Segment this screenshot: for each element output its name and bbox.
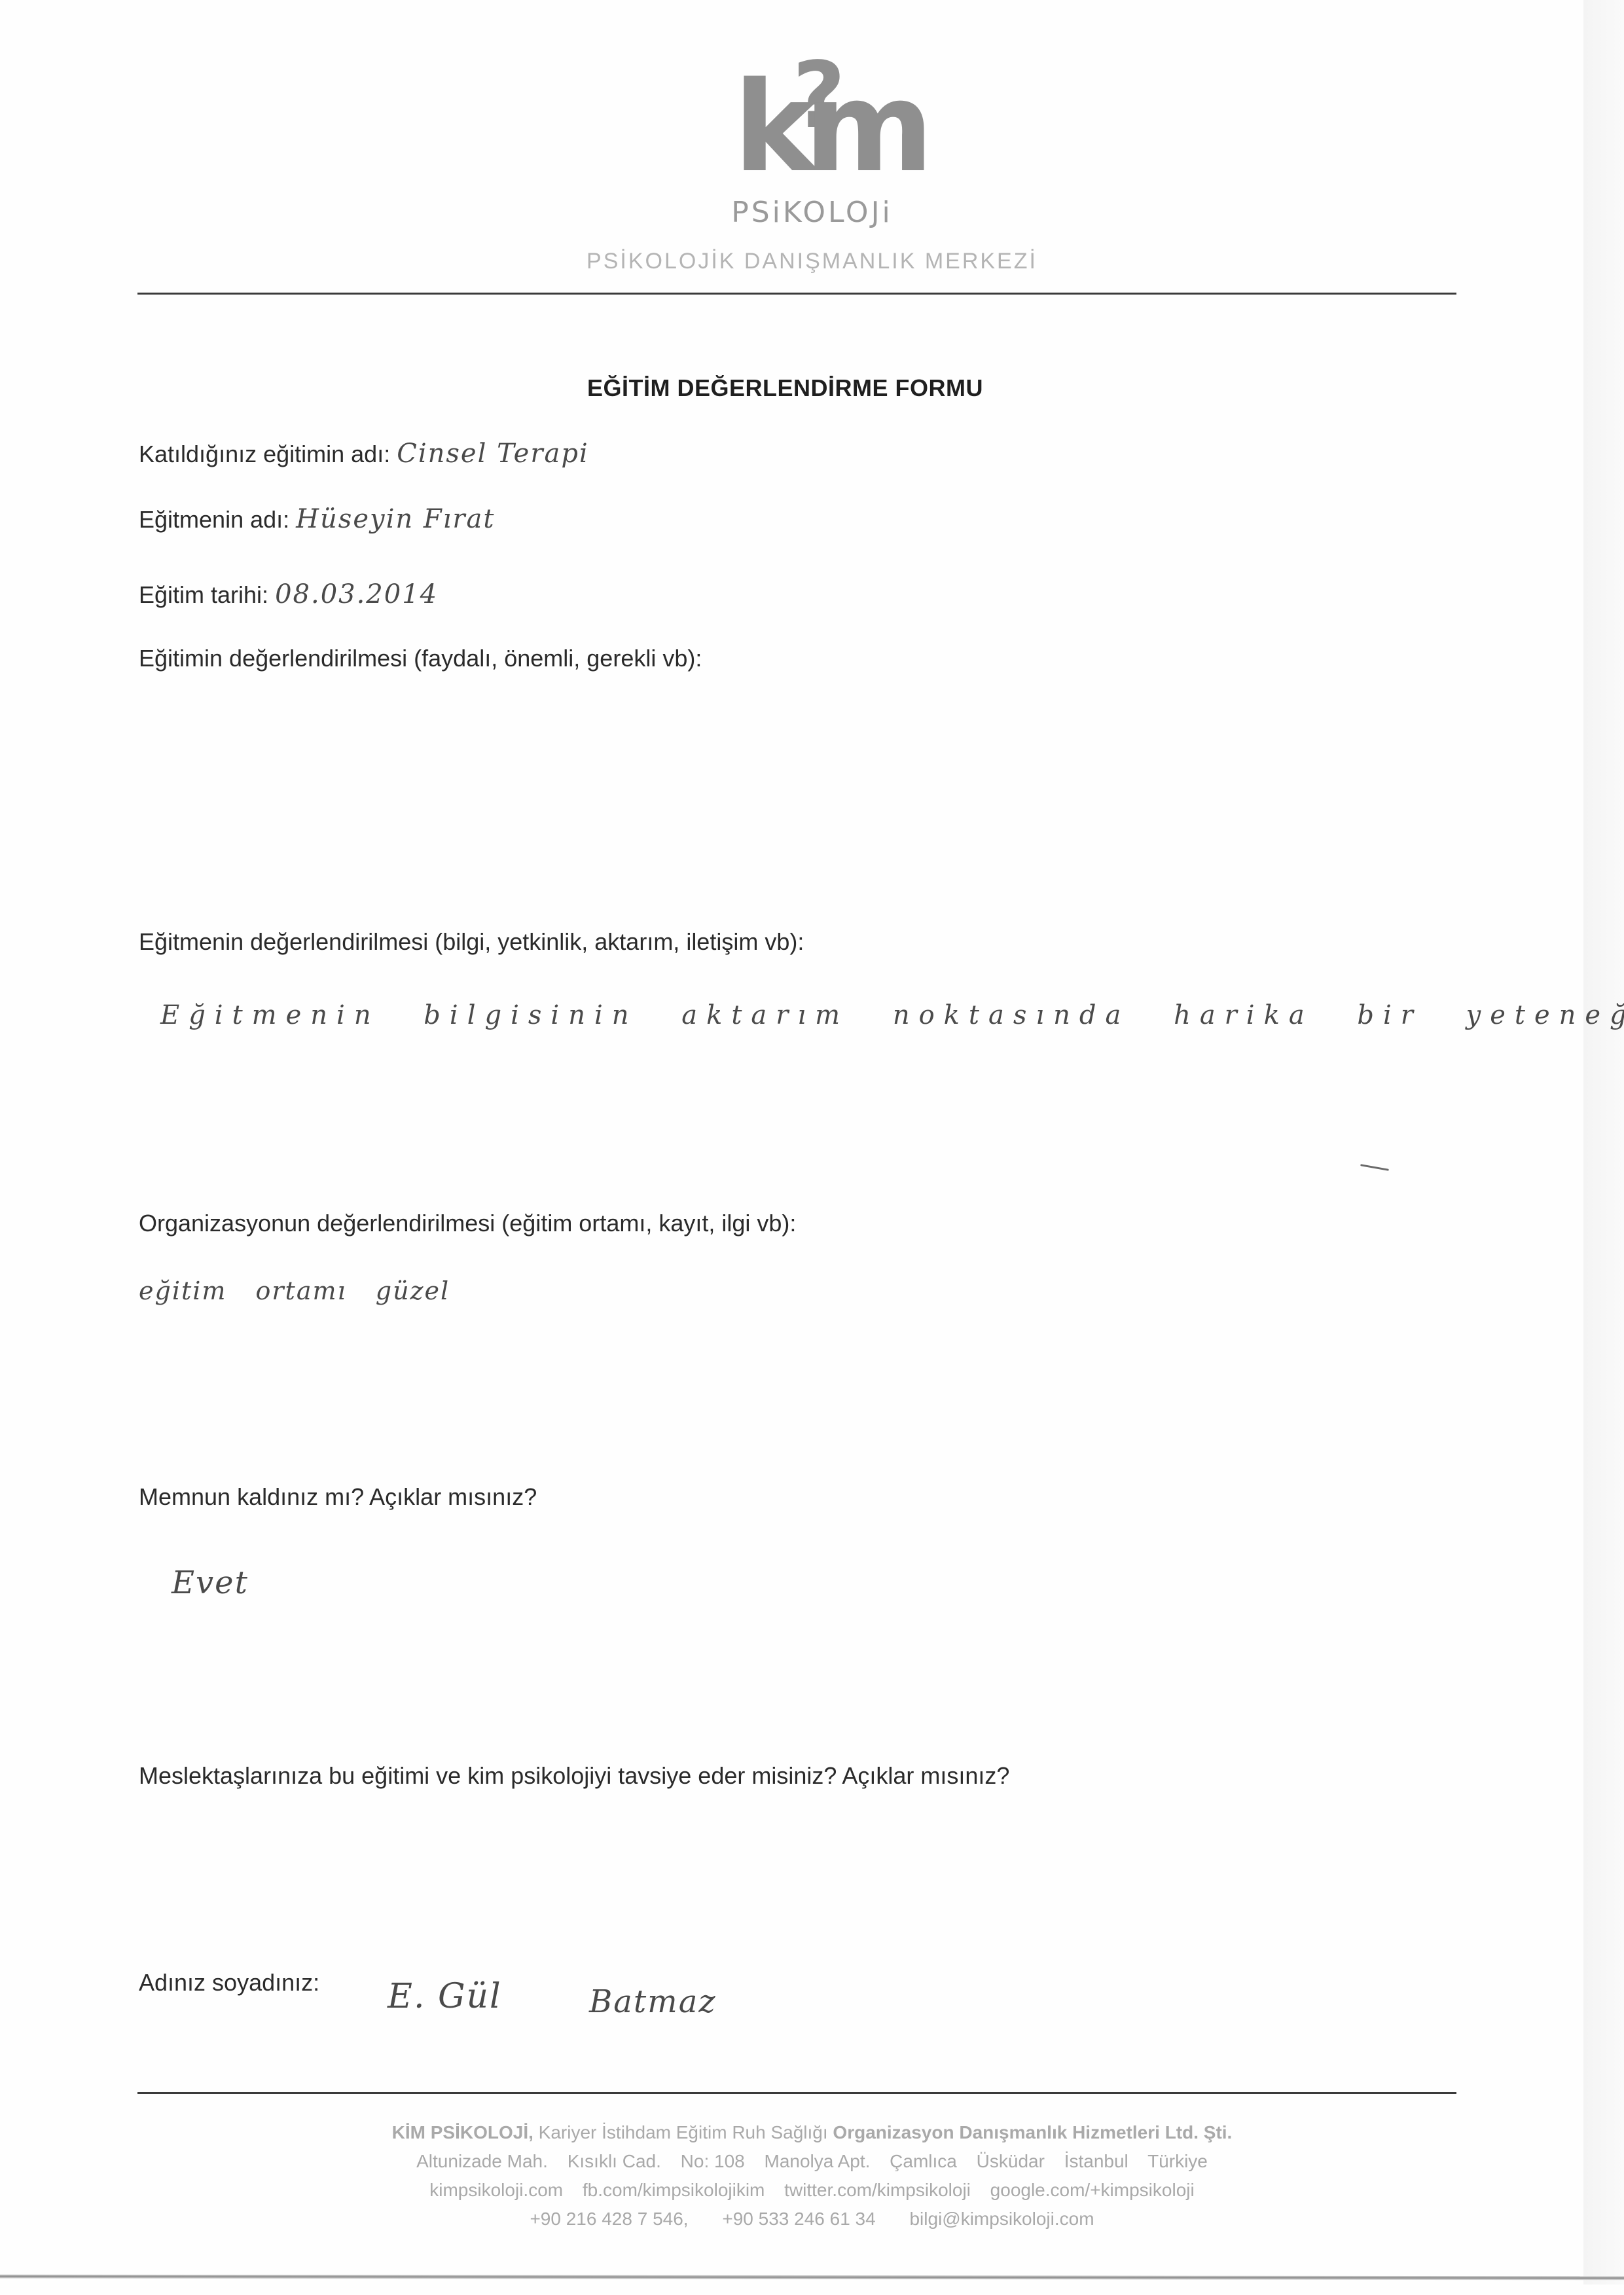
company-footer: KİM PSİKOLOJİ, Kariyer İstihdam Eğitim R… (0, 2118, 1624, 2233)
scan-edge-right (1583, 0, 1624, 2285)
address-part: Türkiye (1147, 2151, 1208, 2171)
footer-company-line: KİM PSİKOLOJİ, Kariyer İstihdam Eğitim R… (0, 2118, 1624, 2147)
form-title: EĞİTİM DEĞERLENDİRME FORMU (587, 374, 983, 402)
field-full-name: Adınız soyadınız: (139, 1969, 319, 1997)
field-label: Eğitim tarihi: (139, 581, 268, 608)
company-description: Kariyer İstihdam Eğitim Ruh Sağlığı (539, 2122, 828, 2142)
google-plus-link[interactable]: google.com/+kimpsikoloji (990, 2180, 1195, 2200)
field-label: Adınız soyadınız: (139, 1969, 319, 1996)
field-training-date: Eğitim tarihi: 08.03.2014 (139, 579, 438, 609)
answer-trainer-evaluation[interactable]: Eğitmenin bilgisinin aktarım noktasında … (160, 1000, 1624, 1030)
email-link[interactable]: bilgi@kimpsikoloji.com (909, 2209, 1094, 2229)
question-trainer-evaluation: Eğitmenin değerlendirilmesi (bilgi, yetk… (139, 928, 804, 956)
facebook-link[interactable]: fb.com/kimpsikolojikim (583, 2180, 765, 2200)
question-recommendation: Meslektaşlarınıza bu eğitimi ve kim psik… (139, 1762, 1009, 1790)
footer-address-line: Altunizade Mah. Kısıklı Cad. No: 108 Man… (0, 2147, 1624, 2176)
scanned-page: k ? m PSiKOLOJi PSİKOLOJİK DANIŞMANLIK M… (0, 0, 1624, 2295)
website-link[interactable]: kimpsikoloji.com (429, 2180, 563, 2200)
full-name-surname-handwritten[interactable]: Batmaz (589, 1983, 717, 2020)
address-part: İstanbul (1064, 2151, 1128, 2171)
logo-subtitle: PSİKOLOJİK DANIŞMANLIK MERKEZİ (0, 249, 1624, 274)
address-part: Manolya Apt. (765, 2151, 871, 2171)
twitter-link[interactable]: twitter.com/kimpsikoloji (784, 2180, 971, 2200)
field-training-name: Katıldığınız eğitimin adı: Cinsel Terapi (139, 439, 589, 469)
field-value-handwritten[interactable]: 08.03.2014 (275, 579, 438, 609)
address-part: Altunizade Mah. (416, 2151, 548, 2171)
question-training-evaluation: Eğitimin değerlendirilmesi (faydalı, öne… (139, 645, 702, 672)
kim-logo-mark: k ? m (727, 79, 897, 190)
question-organization-evaluation: Organizasyonun değerlendirilmesi (eğitim… (139, 1210, 796, 1237)
field-label: Eğitmenin adı: (139, 506, 289, 533)
mobile-number[interactable]: +90 533 246 61 34 (722, 2209, 875, 2229)
stray-pen-mark (1360, 1164, 1389, 1171)
phone-number[interactable]: +90 216 428 7 546, (530, 2209, 688, 2229)
company-legal-name: Organizasyon Danışmanlık Hizmetleri Ltd.… (833, 2122, 1232, 2142)
logo-letter-m: m (804, 65, 934, 190)
address-part: No: 108 (681, 2151, 745, 2171)
footer-links-line: kimpsikoloji.com fb.com/kimpsikolojikim … (0, 2176, 1624, 2205)
field-trainer-name: Eğitmenin adı: Hüseyin Fırat (139, 504, 495, 534)
company-name: KİM PSİKOLOJİ, (392, 2122, 533, 2142)
logo-wordmark: PSiKOLOJi (0, 196, 1624, 229)
answer-satisfaction[interactable]: Evet (171, 1564, 249, 1601)
company-logo: k ? m PSiKOLOJi PSİKOLOJİK DANIŞMANLIK M… (0, 79, 1624, 274)
address-part: Üsküdar (977, 2151, 1045, 2171)
full-name-initial-handwritten[interactable]: E. Gül (388, 1977, 502, 2016)
question-satisfaction: Memnun kaldınız mı? Açıklar mısınız? (139, 1483, 537, 1511)
answer-organization-evaluation[interactable]: eğitim ortamı güzel (139, 1276, 450, 1305)
header-divider (137, 293, 1456, 295)
address-part: Çamlıca (890, 2151, 957, 2171)
field-value-handwritten[interactable]: Hüseyin Fırat (296, 504, 495, 534)
field-value-handwritten[interactable]: Cinsel Terapi (397, 439, 588, 469)
scan-edge-bottom (0, 2275, 1624, 2281)
footer-contact-line: +90 216 428 7 546, +90 533 246 61 34 bil… (0, 2205, 1624, 2233)
field-label: Katıldığınız eğitimin adı: (139, 441, 390, 467)
address-part: Kısıklı Cad. (568, 2151, 661, 2171)
footer-divider (137, 2092, 1456, 2094)
